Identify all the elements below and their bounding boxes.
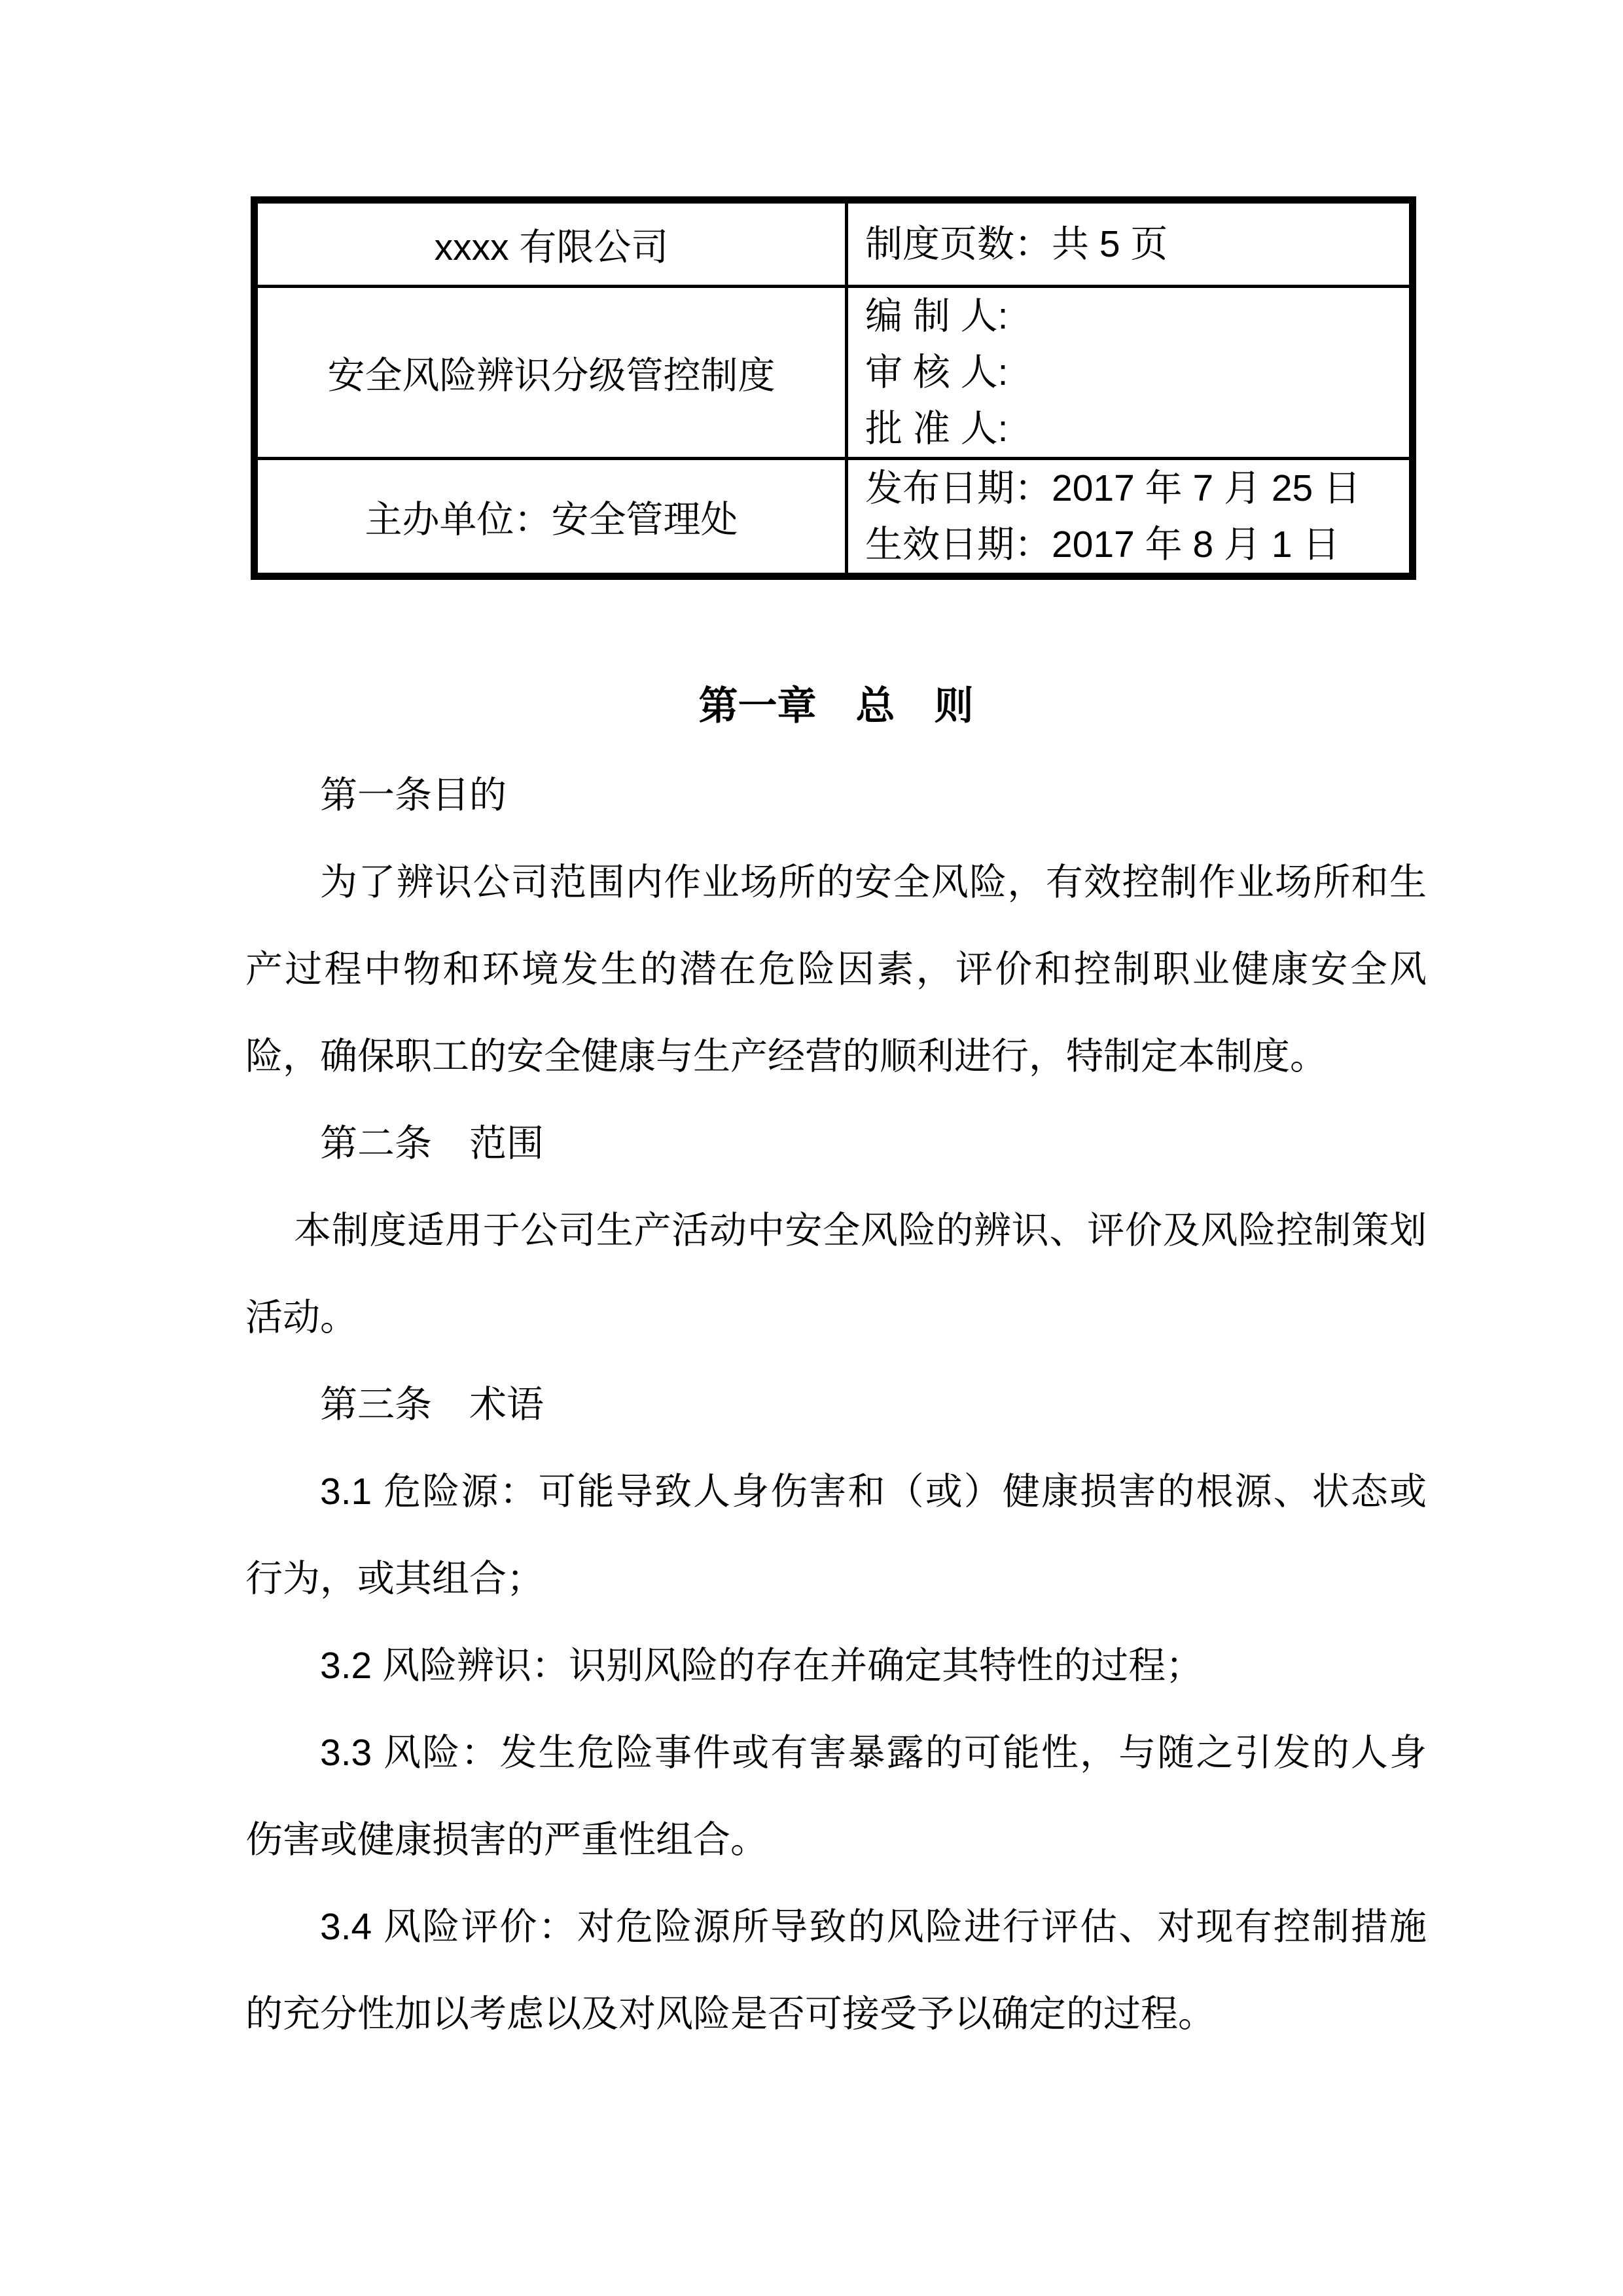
reviewer-label: 审 核 人: bbox=[865, 344, 1409, 401]
document-page: xxxx 有限公司 制度页数：共 5 页 安全风险辨识分级管控制度 编 制 人:… bbox=[0, 0, 1623, 2296]
sponsor-unit: 主办单位：安全管理处 bbox=[365, 499, 738, 541]
company-name: xxxx 有限公司 bbox=[435, 226, 669, 268]
term-3-2-risk-identification: 3.2 风险辨识：识别风险的存在并确定其特性的过程； bbox=[245, 1623, 1427, 1710]
compiler-label: 编 制 人: bbox=[865, 288, 1409, 344]
issue-date: 发布日期：2017 年 7 月 25 日 bbox=[865, 460, 1409, 516]
document-content: xxxx 有限公司 制度页数：共 5 页 安全风险辨识分级管控制度 编 制 人:… bbox=[0, 0, 1623, 2058]
policy-title: 安全风险辨识分级管控制度 bbox=[328, 355, 776, 397]
page-count: 制度页数：共 5 页 bbox=[865, 224, 1409, 264]
article-2-title: 第二条 范围 bbox=[245, 1100, 1427, 1187]
term-3-3-risk: 3.3 风险：发生危险事件或有害暴露的可能性，与随之引发的人身伤害或健康损害的严… bbox=[245, 1710, 1427, 1884]
page-count-cell: 制度页数：共 5 页 bbox=[847, 200, 1413, 287]
table-row-company: xxxx 有限公司 制度页数：共 5 页 bbox=[255, 200, 1413, 287]
article-1-title: 第一条目的 bbox=[245, 752, 1427, 839]
document-header-table: xxxx 有限公司 制度页数：共 5 页 安全风险辨识分级管控制度 编 制 人:… bbox=[251, 196, 1416, 580]
company-name-cell: xxxx 有限公司 bbox=[255, 200, 847, 287]
sponsor-unit-cell: 主办单位：安全管理处 bbox=[255, 459, 847, 577]
chapter-heading: 第一章 总 则 bbox=[245, 683, 1427, 730]
approver-label: 批 准 人: bbox=[865, 401, 1409, 457]
article-3-title: 第三条 术语 bbox=[245, 1361, 1427, 1448]
term-3-1-hazard-source: 3.1 危险源：可能导致人身伤害和（或）健康损害的根源、状态或行为，或其组合； bbox=[245, 1448, 1427, 1623]
signoff-cell: 编 制 人: 审 核 人: 批 准 人: bbox=[847, 287, 1413, 459]
policy-title-cell: 安全风险辨识分级管控制度 bbox=[255, 287, 847, 459]
article-1-body: 为了辨识公司范围内作业场所的安全风险，有效控制作业场所和生产过程中物和环境发生的… bbox=[245, 839, 1427, 1100]
article-2-body: 本制度适用于公司生产活动中安全风险的辨识、评价及风险控制策划活动。 bbox=[245, 1187, 1427, 1361]
table-row-title: 安全风险辨识分级管控制度 编 制 人: 审 核 人: 批 准 人: bbox=[255, 287, 1413, 459]
effective-date: 生效日期：2017 年 8 月 1 日 bbox=[865, 516, 1409, 573]
term-3-4-risk-evaluation: 3.4 风险评价：对危险源所导致的风险进行评估、对现有控制措施的充分性加以考虑以… bbox=[245, 1884, 1427, 2058]
dates-cell: 发布日期：2017 年 7 月 25 日 生效日期：2017 年 8 月 1 日 bbox=[847, 459, 1413, 577]
table-row-sponsor: 主办单位：安全管理处 发布日期：2017 年 7 月 25 日 生效日期：201… bbox=[255, 459, 1413, 577]
